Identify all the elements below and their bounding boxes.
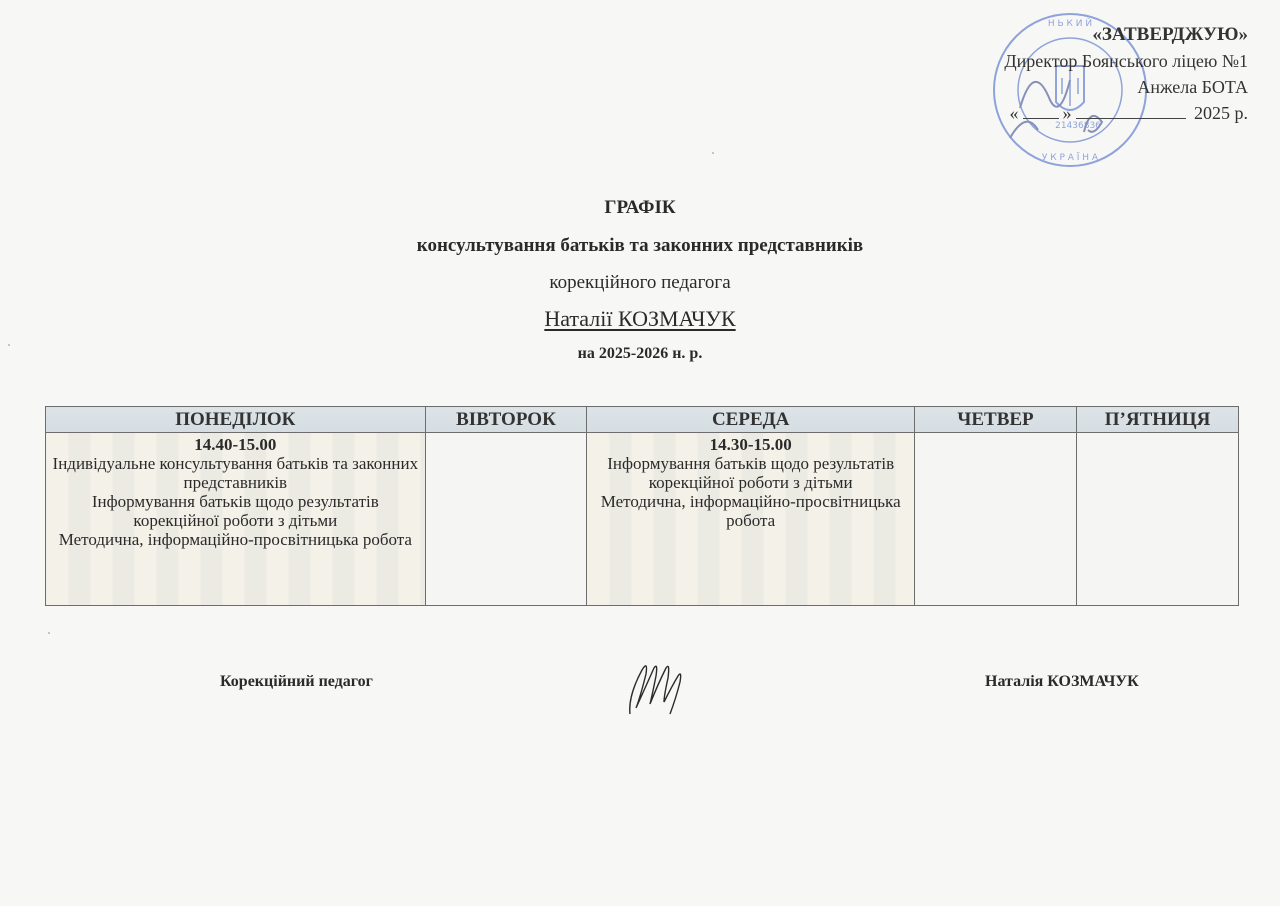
signature-row: Корекційний педагог Наталія КОЗМАЧУК (0, 670, 1280, 720)
day-header-monday: ПОНЕДІЛОК (46, 407, 426, 433)
document-header: ГРАФІК консультування батьків та законни… (0, 196, 1280, 364)
slot-activity: Інформування батьків щодо результатів ко… (593, 454, 908, 492)
month-blank (1076, 100, 1186, 119)
paper-speck (8, 344, 10, 346)
day-header-thursday: ЧЕТВЕР (914, 407, 1076, 433)
approval-position: Директор Боянського ліцею №1 (1004, 48, 1248, 74)
date-open-quote: « (1010, 103, 1019, 123)
paper-speck (712, 152, 714, 154)
schedule-header-row: ПОНЕДІЛОК ВІВТОРОК СЕРЕДА ЧЕТВЕР П’ЯТНИЦ… (46, 407, 1239, 433)
schedule-cell-friday (1077, 433, 1239, 606)
slot-time: 14.30-15.00 (593, 435, 908, 454)
academic-year: на 2025-2026 н. р. (0, 344, 1280, 364)
schedule-row: 14.40-15.00Індивідуальне консультування … (46, 433, 1239, 606)
date-close-quote: » (1063, 103, 1072, 123)
paper-speck (48, 632, 50, 634)
date-year: 2025 р. (1194, 103, 1248, 123)
document-subtitle: консультування батьків та законних предс… (0, 234, 1280, 258)
footer-name: Наталія КОЗМАЧУК (985, 673, 1139, 691)
approval-title: «ЗАТВЕРДЖУЮ» (1004, 22, 1248, 48)
signature-icon (624, 656, 694, 718)
approval-block: «ЗАТВЕРДЖУЮ» Директор Боянського ліцею №… (1004, 22, 1248, 126)
footer-role: Корекційний педагог (220, 673, 373, 691)
schedule-table: ПОНЕДІЛОК ВІВТОРОК СЕРЕДА ЧЕТВЕР П’ЯТНИЦ… (45, 406, 1239, 606)
approval-signatory: Анжела БОТА (1004, 74, 1248, 100)
slot-time: 14.40-15.00 (52, 435, 419, 454)
slot-activity: Методична, інформаційно-просвітницька ро… (593, 492, 908, 530)
schedule-cell-thursday (914, 433, 1076, 606)
slot-activity: Індивідуальне консультування батьків та … (52, 454, 419, 492)
day-header-tuesday: ВІВТОРОК (425, 407, 587, 433)
date-blank (1023, 100, 1059, 119)
slot-activity: Інформування батьків щодо результатів ко… (52, 492, 419, 530)
schedule-cell-monday: 14.40-15.00Індивідуальне консультування … (46, 433, 426, 606)
day-header-friday: П’ЯТНИЦЯ (1077, 407, 1239, 433)
slot-activity: Методична, інформаційно-просвітницька ро… (52, 530, 419, 549)
svg-text:У К Р А Ї Н А: У К Р А Ї Н А (1042, 152, 1099, 163)
schedule-cell-tuesday (425, 433, 587, 606)
approval-date-line: «» 2025 р. (1004, 100, 1248, 126)
day-header-wednesday: СЕРЕДА (587, 407, 915, 433)
document-role: корекційного педагога (0, 271, 1280, 295)
document-title: ГРАФІК (0, 196, 1280, 220)
schedule-cell-wednesday: 14.30-15.00Інформування батьків щодо рез… (587, 433, 915, 606)
teacher-name: Наталії КОЗМАЧУК (0, 305, 1280, 333)
